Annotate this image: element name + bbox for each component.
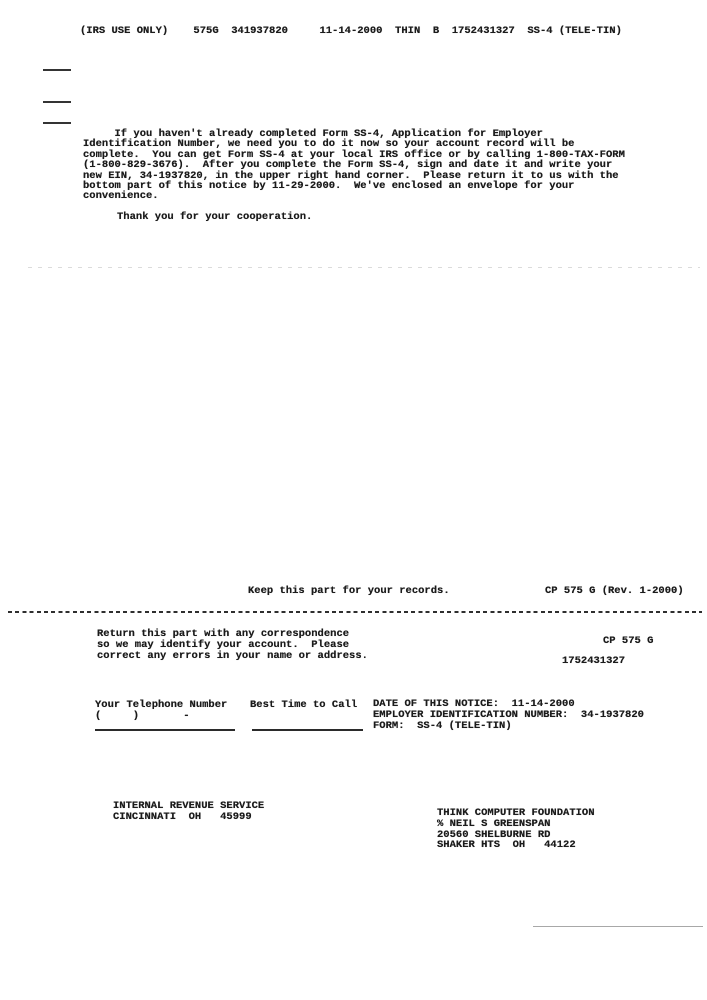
- form-revision-code: CP 575 G (Rev. 1-2000): [545, 586, 684, 596]
- bottom-scan-line: [533, 926, 703, 927]
- scanned-irs-notice-page: { "header": { "irs_use_only_line": "(IRS…: [0, 0, 707, 1000]
- notice-body-paragraph: If you haven't already completed Form SS…: [83, 129, 625, 202]
- keep-records-note: Keep this part for your records.: [248, 586, 450, 596]
- return-instructions: Return this part with any correspondence…: [97, 629, 368, 661]
- stub-reference-number: 1752431327: [562, 656, 625, 666]
- best-time-to-call-label: Best Time to Call: [250, 700, 357, 710]
- recipient-address: THINK COMPUTER FOUNDATION % NEIL S GREEN…: [437, 808, 595, 851]
- scan-artifact-line: [28, 267, 700, 268]
- tear-off-dashed-line: [8, 611, 702, 613]
- best-time-underline: [252, 729, 363, 731]
- margin-tick-line-1: [43, 69, 71, 71]
- margin-tick-line-2: [43, 101, 71, 103]
- stub-form-code: CP 575 G: [603, 636, 653, 646]
- telephone-number-field: ( ) -: [95, 711, 190, 721]
- telephone-number-label: Your Telephone Number: [95, 700, 227, 710]
- telephone-underline: [95, 729, 235, 731]
- thank-you-line: Thank you for your cooperation.: [117, 212, 312, 222]
- irs-use-only-line: (IRS USE ONLY) 575G 341937820 11-14-2000…: [80, 26, 622, 36]
- irs-return-address: INTERNAL REVENUE SERVICE CINCINNATI OH 4…: [113, 801, 264, 823]
- margin-tick-line-3: [43, 122, 71, 124]
- notice-details: DATE OF THIS NOTICE: 11-14-2000 EMPLOYER…: [373, 699, 644, 731]
